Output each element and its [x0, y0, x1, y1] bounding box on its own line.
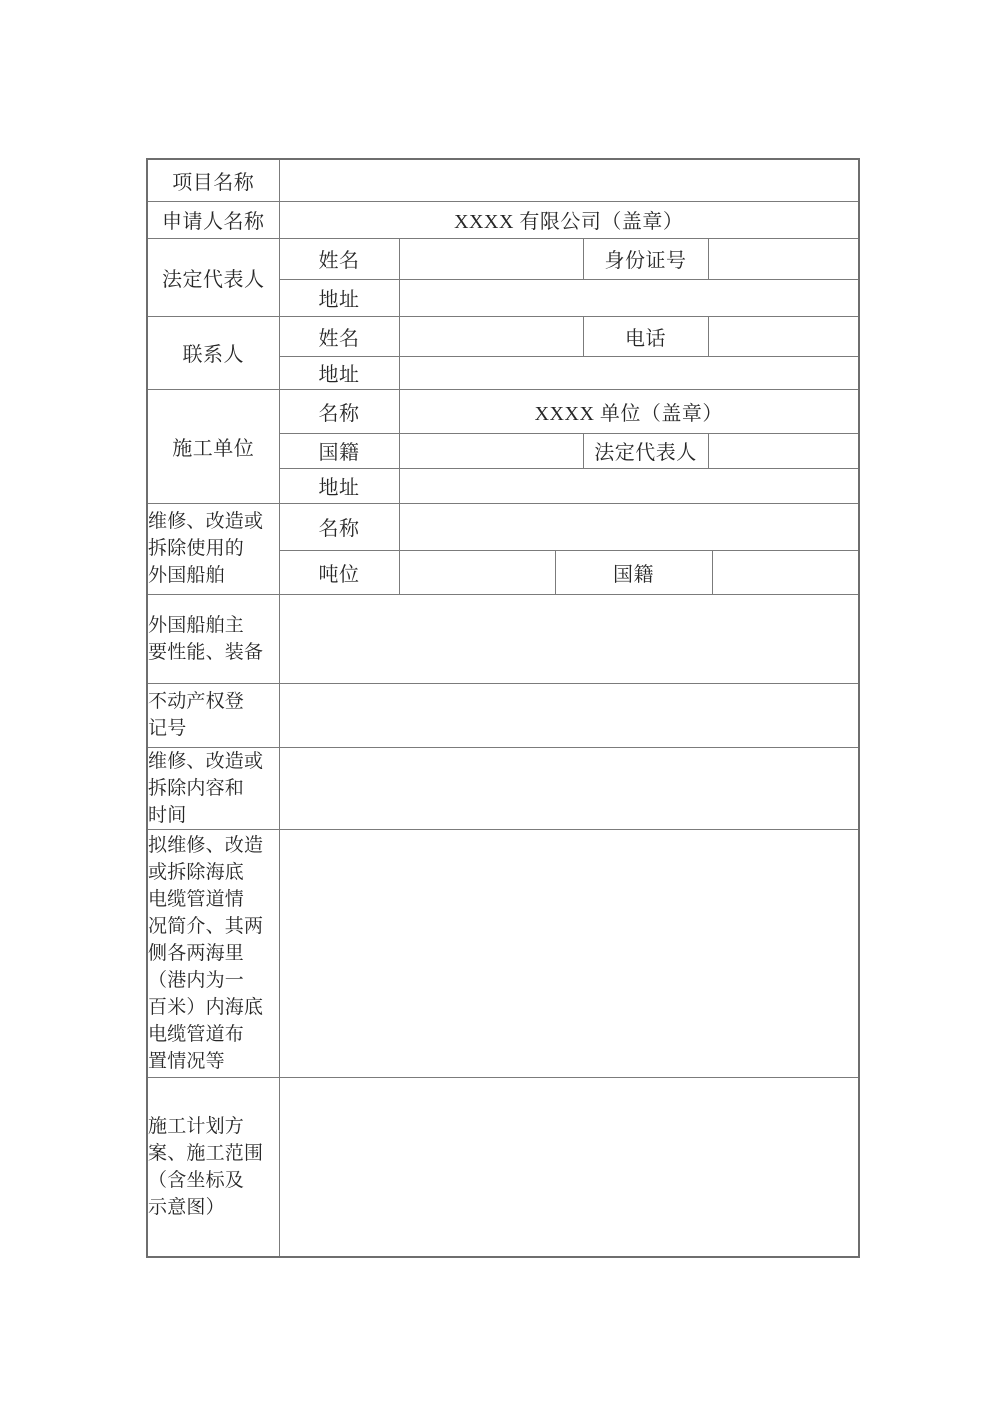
contact-name-label: 姓名: [279, 316, 399, 356]
application-form-table: 项目名称 申请人名称 XXXX 有限公司（盖章） 法定代表人 姓名 身份证号 地…: [146, 158, 860, 1258]
legal-rep-id-label: 身份证号: [583, 238, 708, 279]
legal-rep-address-label: 地址: [279, 279, 399, 316]
cable-intro-field: [279, 829, 859, 1077]
row-performance: 外国船舶主 要性能、装备: [147, 594, 859, 683]
vessel-name-label: 名称: [279, 503, 399, 550]
contact-address-field: [399, 356, 859, 389]
legal-rep-name-field: [399, 238, 583, 279]
builder-address-field: [399, 468, 859, 503]
contact-phone-label: 电话: [583, 316, 708, 356]
builder-legal-rep-label: 法定代表人: [583, 433, 708, 468]
contact-label: 联系人: [147, 316, 279, 389]
row-plan: 施工计划方 案、施工范围 （含坐标及 示意图）: [147, 1077, 859, 1257]
row-content-time: 维修、改造或 拆除内容和 时间: [147, 747, 859, 829]
builder-label: 施工单位: [147, 389, 279, 503]
applicant-value: XXXX 有限公司（盖章）: [279, 201, 859, 238]
row-vessel-name: 维修、改造或 拆除使用的 外国船舶 名称: [147, 503, 859, 550]
vessel-nationality-label: 国籍: [555, 550, 712, 594]
legal-rep-name-label: 姓名: [279, 238, 399, 279]
contact-phone-field: [708, 316, 859, 356]
project-name-label: 项目名称: [147, 159, 279, 201]
vessel-tonnage-label: 吨位: [279, 550, 399, 594]
registration-field: [279, 683, 859, 747]
registration-label: 不动产权登 记号: [147, 683, 279, 747]
legal-rep-label: 法定代表人: [147, 238, 279, 316]
builder-nationality-field: [399, 433, 583, 468]
vessel-label: 维修、改造或 拆除使用的 外国船舶: [147, 503, 279, 594]
row-registration: 不动产权登 记号: [147, 683, 859, 747]
vessel-name-field: [399, 503, 859, 550]
builder-address-label: 地址: [279, 468, 399, 503]
contact-address-label: 地址: [279, 356, 399, 389]
performance-label: 外国船舶主 要性能、装备: [147, 594, 279, 683]
vessel-nationality-field: [712, 550, 859, 594]
plan-label: 施工计划方 案、施工范围 （含坐标及 示意图）: [147, 1077, 279, 1257]
row-contact-name: 联系人 姓名 电话: [147, 316, 859, 356]
plan-field: [279, 1077, 859, 1257]
row-project-name: 项目名称: [147, 159, 859, 201]
builder-name-value: XXXX 单位（盖章）: [399, 389, 859, 433]
document-page: 项目名称 申请人名称 XXXX 有限公司（盖章） 法定代表人 姓名 身份证号 地…: [0, 0, 1000, 1414]
row-cable-intro: 拟维修、改造 或拆除海底 电缆管道情 况简介、其两 侧各两海里 （港内为一 百米…: [147, 829, 859, 1077]
contact-name-field: [399, 316, 583, 356]
performance-field: [279, 594, 859, 683]
content-time-field: [279, 747, 859, 829]
cable-intro-label: 拟维修、改造 或拆除海底 电缆管道情 况简介、其两 侧各两海里 （港内为一 百米…: [147, 829, 279, 1077]
applicant-label: 申请人名称: [147, 201, 279, 238]
project-name-field: [279, 159, 859, 201]
row-legal-rep-name: 法定代表人 姓名 身份证号: [147, 238, 859, 279]
builder-nationality-label: 国籍: [279, 433, 399, 468]
vessel-tonnage-field: [399, 550, 555, 594]
legal-rep-id-field: [708, 238, 859, 279]
builder-legal-rep-field: [708, 433, 859, 468]
content-time-label: 维修、改造或 拆除内容和 时间: [147, 747, 279, 829]
row-applicant: 申请人名称 XXXX 有限公司（盖章）: [147, 201, 859, 238]
legal-rep-address-field: [399, 279, 859, 316]
row-builder-name: 施工单位 名称 XXXX 单位（盖章）: [147, 389, 859, 433]
builder-name-label: 名称: [279, 389, 399, 433]
